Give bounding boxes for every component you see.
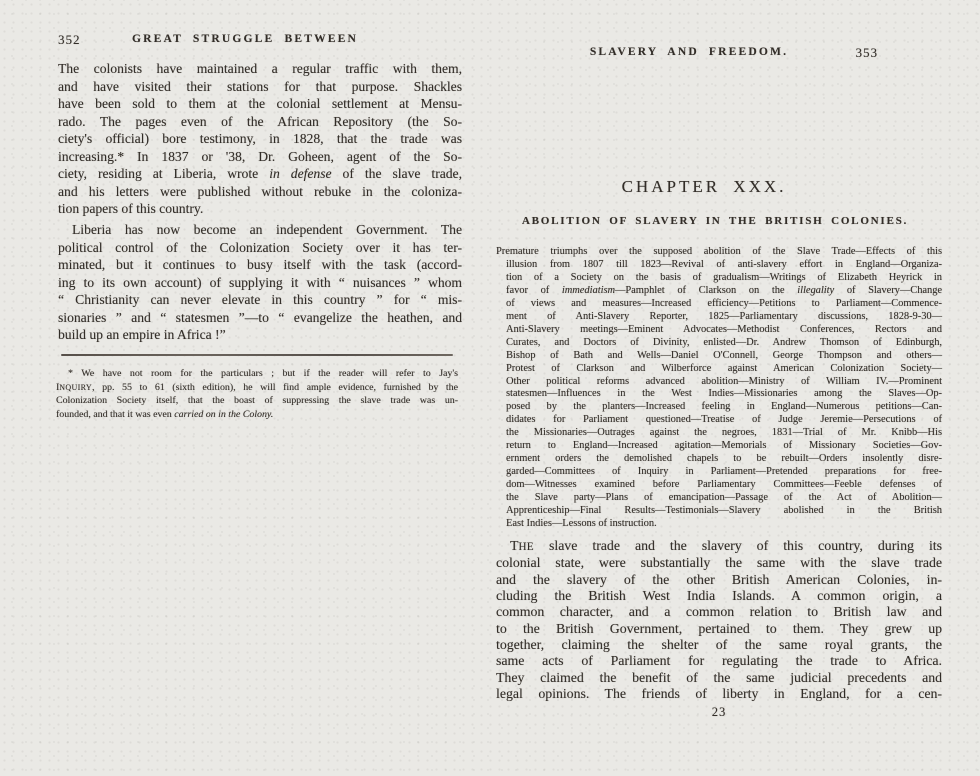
text-line: ernment orders the demolished chapels to… (496, 453, 942, 466)
footnote: * We have not room for the particulars ;… (56, 367, 458, 421)
text-line: founded, and that it was even carried on… (56, 408, 458, 422)
text-line: illusion from 1807 till 1823—Revival of … (496, 259, 942, 272)
text-line: INQUIRY, pp. 55 to 61 (sixth edition), h… (56, 381, 458, 395)
text-line: garded—Committees of Inquiry in Parliame… (496, 466, 942, 479)
text-line: Liberia has now become an independent Go… (58, 221, 462, 239)
text-line: rado. The pages even of the African Repo… (58, 113, 462, 131)
left-paragraph-1: The colonists have maintained a regular … (58, 60, 462, 218)
text-line: didates for Parliament questioned—Treati… (496, 414, 942, 427)
text-line: Bishop of Bath and Wells—Daniel O'Connel… (496, 350, 942, 363)
text-line: and the slavery of the other British Ame… (496, 572, 942, 588)
text-line: They claimed the benefit of the same jud… (496, 670, 942, 686)
text-line: colonial state, were substantially the s… (496, 555, 942, 571)
text-line: to the British Government, pertained to … (496, 621, 942, 637)
scanned-book-spread: { "document": { "colors": { "paper": "#e… (0, 0, 980, 776)
text-line: return to England—Increased agitation—Me… (496, 440, 942, 453)
text-line: East Indies—Lessons of instruction. (496, 518, 942, 531)
text-line: Colonization Society itself, that the bo… (56, 394, 458, 408)
signature-mark: 23 (496, 705, 942, 720)
text-line: Other political reforms advanced aboliti… (496, 376, 942, 389)
text-line: common character, and a common relation … (496, 604, 942, 620)
right-body-paragraph: THE slave trade and the slavery of this … (496, 538, 942, 702)
text-line: same acts of Parliament for regulating t… (496, 653, 942, 669)
text-line: The colonists have maintained a regular … (58, 60, 462, 78)
right-page-number: 353 (856, 45, 879, 61)
text-line: legal opinions. The friends of liberty i… (496, 686, 942, 702)
text-line: “ Christianity can never elevate in this… (58, 291, 462, 309)
text-line: THE slave trade and the slavery of this … (496, 538, 942, 555)
text-line: ciety, residing at Liberia, wrote in def… (58, 165, 462, 183)
text-line: Premature triumphs over the supposed abo… (496, 246, 942, 259)
text-line: dom—Witnesses examined before Parliament… (496, 479, 942, 492)
text-line: ciety's official) bore testimony, in 182… (58, 130, 462, 148)
text-line: together, claiming the shelter of the sa… (496, 637, 942, 653)
text-line: the Missionaries—Outrages against the ne… (496, 427, 942, 440)
text-line: Protest of Clarkson and Wilberforce agai… (496, 363, 942, 376)
text-line: minated, but it continues to busy itself… (58, 256, 462, 274)
text-line: statesmen—Influences in the West Indies—… (496, 388, 942, 401)
text-line: political control of the Colonization So… (58, 239, 462, 257)
text-line: build up an empire in Africa !” (58, 326, 462, 344)
text-line: the Slave party—Plans of emancipation—Pa… (496, 492, 942, 505)
text-line: have been sold to them at the colonial s… (58, 95, 462, 113)
text-line: Apprenticeship—Final Results—Testimonial… (496, 505, 942, 518)
left-page: 352 GREAT STRUGGLE BETWEEN The colonists… (58, 33, 462, 773)
text-line: tion of a Society on the basis of gradua… (496, 272, 942, 285)
text-line: Curates, and Doctors of Divinity, enlist… (496, 337, 942, 350)
text-line: increasing.* In 1837 or '38, Dr. Goheen,… (58, 148, 462, 166)
left-paragraph-2: Liberia has now become an independent Go… (58, 221, 462, 344)
text-line: tion papers of this country. (58, 200, 462, 218)
text-line: Anti-Slavery meetings—Eminent Advocates—… (496, 324, 942, 337)
text-line: posed by the planters—Increased feeling … (496, 401, 942, 414)
right-running-head: SLAVERY AND FREEDOM. (556, 46, 822, 58)
text-line: sionaries ” and “ statesmen ”—to “ evang… (58, 309, 462, 327)
right-page: SLAVERY AND FREEDOM. 353 CHAPTER XXX. AB… (496, 46, 942, 772)
chapter-subtitle: ABOLITION OF SLAVERY IN THE BRITISH COLO… (496, 215, 934, 227)
footnote-separator-rule (61, 354, 453, 356)
chapter-heading: CHAPTER XXX. (496, 177, 912, 197)
text-line: and have visited their stations for that… (58, 78, 462, 96)
chapter-synopsis: Premature triumphs over the supposed abo… (496, 246, 942, 531)
left-running-head: GREAT STRUGGLE BETWEEN (58, 33, 432, 45)
text-line: * We have not room for the particulars ;… (56, 367, 458, 381)
text-line: ing to its own account) of supplying it … (58, 274, 462, 292)
text-line: ment of Anti-Slavery Reporter, 1825—Parl… (496, 311, 942, 324)
left-page-header: 352 GREAT STRUGGLE BETWEEN (58, 33, 462, 49)
text-line: cluding the British West India Islands. … (496, 588, 942, 604)
text-line: of views and measures—Increased efficien… (496, 298, 942, 311)
right-page-header: SLAVERY AND FREEDOM. 353 (496, 46, 942, 62)
text-line: and his letters were published without r… (58, 183, 462, 201)
text-line: favor of immediatism—Pamphlet of Clarkso… (496, 285, 942, 298)
